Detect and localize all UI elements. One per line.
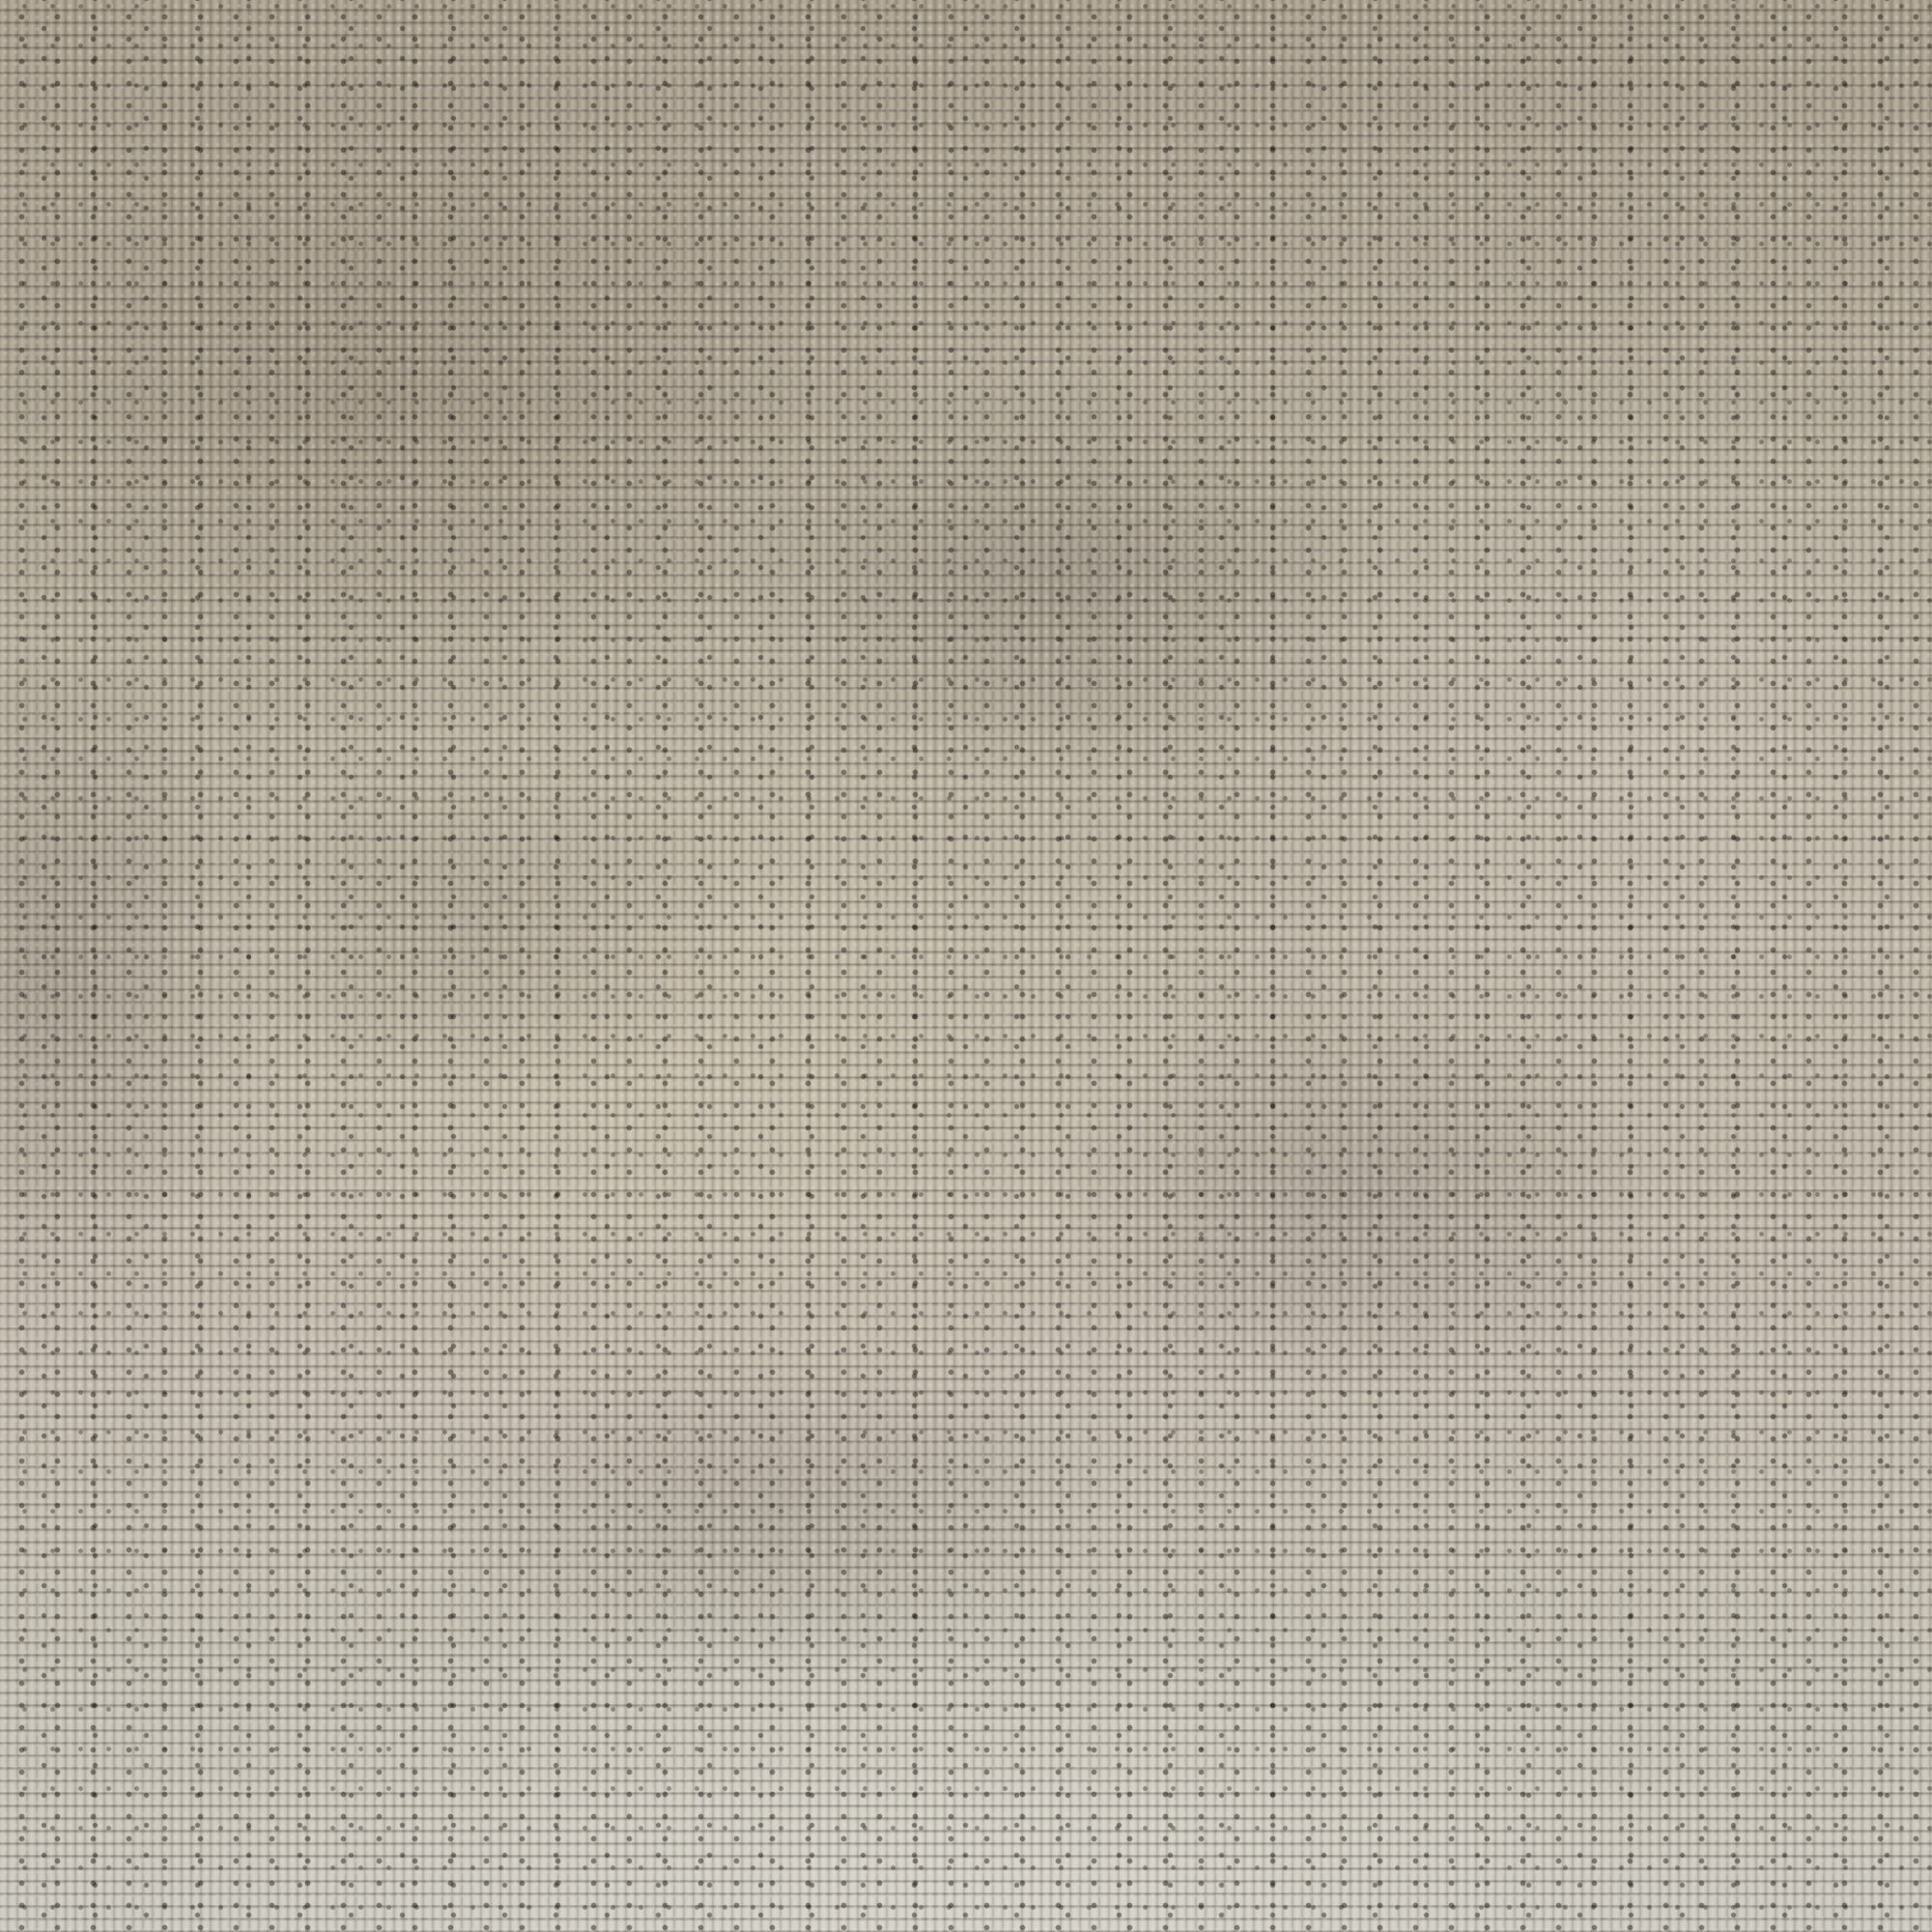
woven-rug-photo: Dense looped weave in beige-taupe with s…	[0, 0, 1932, 1932]
dark-speckles-layer-c	[0, 0, 1932, 1932]
